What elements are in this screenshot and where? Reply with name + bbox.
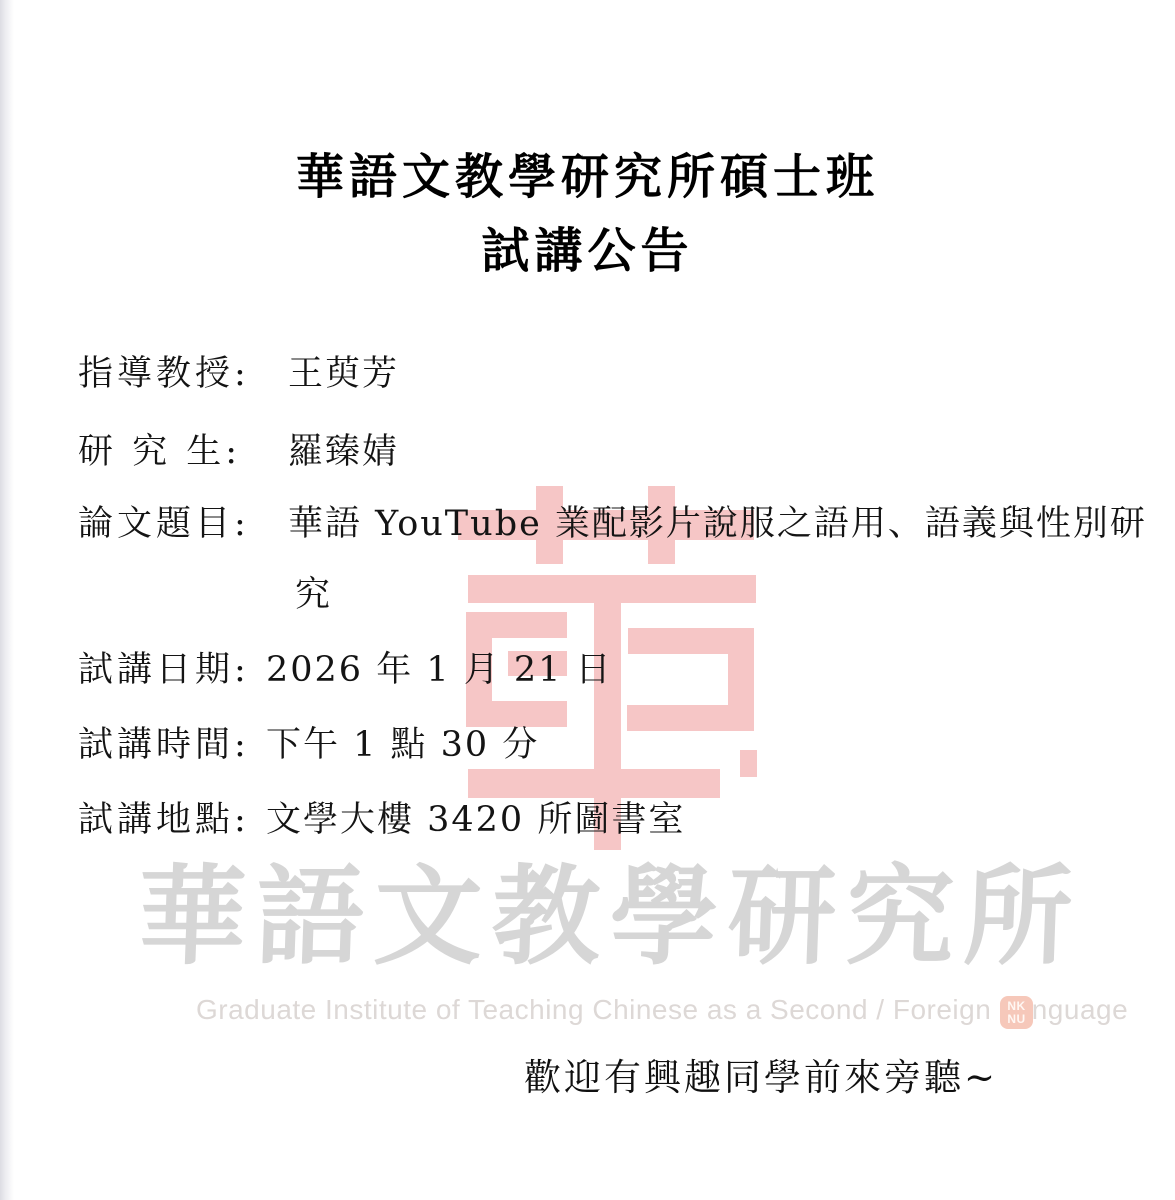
- field-row-location: 試講地點:文學大樓 3420 所圖書室: [78, 798, 685, 842]
- title-line-2: 試講公告: [0, 214, 1175, 288]
- title-line-1: 華語文教學研究所碩士班: [0, 140, 1175, 214]
- thesis-title-label: 論文題目:: [78, 502, 264, 546]
- date-value: 2026 年 1 月 21 日: [266, 648, 613, 692]
- field-row-thesis-title: 論文題目:華語 YouTube 業配影片說服之語用、語義與性別研: [78, 502, 1147, 546]
- nknu-logo-icon: NK NU: [1000, 996, 1033, 1029]
- advisor-label: 指導教授:: [78, 352, 264, 396]
- date-label: 試講日期:: [78, 648, 264, 692]
- field-row-time: 試講時間:下午 1 點 30 分: [78, 723, 539, 767]
- time-label: 試講時間:: [78, 723, 264, 767]
- field-row-student: 研 究 生:羅臻婧: [78, 430, 399, 474]
- thesis-title-line2: 究: [295, 573, 332, 617]
- scan-edge-shadow: [0, 0, 14, 1200]
- field-row-date: 試講日期:2026 年 1 月 21 日: [78, 648, 613, 692]
- advisor-value: 王萸芳: [288, 352, 399, 396]
- field-row-advisor: 指導教授:王萸芳: [78, 352, 399, 396]
- student-value: 羅臻婧: [288, 430, 399, 474]
- closing-note: 歡迎有興趣同學前來旁聽~: [524, 1047, 998, 1101]
- nknu-badge-line2: NU: [1007, 1013, 1025, 1026]
- location-label: 試講地點:: [78, 798, 264, 842]
- time-value: 下午 1 點 30 分: [266, 723, 539, 767]
- institute-name-watermark: 華語文教學研究所: [136, 852, 1141, 982]
- institute-english-watermark: Graduate Institute of Teaching Chinese a…: [196, 994, 1128, 1026]
- document-title: 華語文教學研究所碩士班 試講公告: [0, 140, 1175, 288]
- announcement-page: 華語文教學研究所 Graduate Institute of Teaching …: [0, 0, 1175, 1200]
- thesis-title-line1: 華語 YouTube 業配影片說服之語用、語義與性別研: [288, 502, 1147, 546]
- student-label: 研 究 生:: [78, 430, 264, 474]
- thesis-title-line2-row: 究: [295, 573, 332, 617]
- location-value: 文學大樓 3420 所圖書室: [266, 798, 685, 842]
- nknu-badge-line1: NK: [1007, 1000, 1025, 1013]
